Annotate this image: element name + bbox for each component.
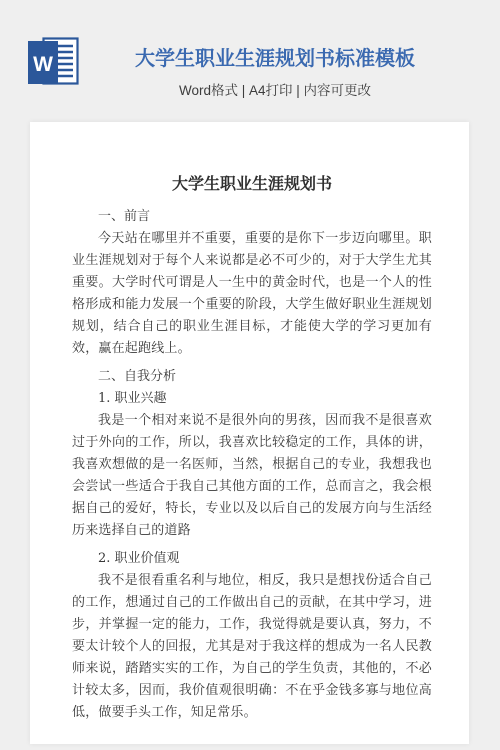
document-title: 大学生职业生涯规划书 xyxy=(72,172,432,196)
section-heading-foreword: 一、前言 xyxy=(72,206,432,228)
page-subtitle: Word格式 | A4打印 | 内容可更改 xyxy=(50,79,500,99)
paragraph-career-values: 我不是很看重名利与地位，相反，我只是想找份适合自己的工作，想通过自己的工作做出自… xyxy=(72,570,432,724)
section-heading-self-analysis: 二、自我分析 xyxy=(72,366,432,388)
template-preview-page: W 大学生职业生涯规划书标准模板 Word格式 | A4打印 | 内容可更改 大… xyxy=(0,0,500,750)
paragraph-foreword: 今天站在哪里并不重要，重要的是你下一步迈向哪里。职业生涯规划对于每个人来说都是必… xyxy=(72,228,432,360)
paragraph-career-interest: 我是一个相对来说不是很外向的男孩，因而我不是很喜欢过于外向的工作，所以，我喜欢比… xyxy=(72,410,432,542)
document-content: 大学生职业生涯规划书 一、前言 今天站在哪里并不重要，重要的是你下一步迈向哪里。… xyxy=(30,122,469,724)
document-preview-page: 大学生职业生涯规划书 一、前言 今天站在哪里并不重要，重要的是你下一步迈向哪里。… xyxy=(30,122,469,744)
subsection-heading-career-interest: 1. 职业兴趣 xyxy=(72,388,432,410)
subsection-heading-career-values: 2. 职业价值观 xyxy=(72,548,432,570)
page-title: 大学生职业生涯规划书标准模板 xyxy=(50,42,500,71)
header: W 大学生职业生涯规划书标准模板 Word格式 | A4打印 | 内容可更改 xyxy=(0,0,500,122)
